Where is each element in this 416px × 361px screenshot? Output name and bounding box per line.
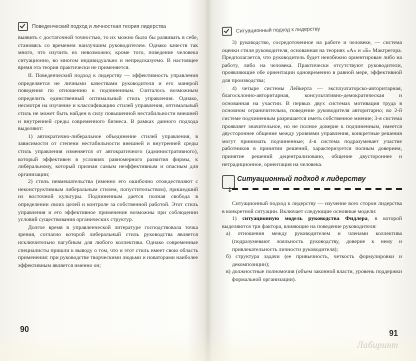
list-number: 1) [232, 216, 237, 222]
left-page: Поведенческий подход и личностная теория… [18, 0, 198, 361]
section-title: Ситуационный подход к лидерству [237, 176, 366, 184]
list-item: а) отношения между руководителем и члена… [222, 231, 402, 254]
running-head-text: Поведенческий подход и личностная теория… [32, 24, 166, 30]
bold-term: ситуационную модель руководства Фидлера [242, 216, 367, 222]
running-head-right: Ситуационный подход к лидерству [222, 24, 320, 36]
paragraph: II. Поведенческий подход к лидерству — э… [18, 73, 198, 134]
checkbox-icon [18, 22, 28, 31]
paragraph: 3) руководство, сосредоточенное на работ… [222, 40, 402, 86]
list-item: б) структура задачи (ее привычность, чет… [222, 254, 402, 269]
running-head-text: Ситуационный подход к лидерству [236, 26, 320, 34]
right-page: Ситуационный подход к лидерству 3) руков… [222, 0, 402, 361]
section-heading: Ситуационный подход к лидерству ↓ [222, 175, 402, 195]
watermark-logo: Лабиринт [357, 340, 398, 350]
right-body-text: 3) руководство, сосредоточенное на работ… [222, 40, 402, 285]
paragraph-fiedler: 1) ситуационную модель руководства Фидле… [222, 216, 402, 231]
left-body-text: выявить с достаточной точностью, то их м… [18, 35, 198, 270]
book-spread: Поведенческий подход и личностная теория… [0, 0, 416, 361]
list-item: в) должностные полномочия (объем законно… [222, 269, 402, 284]
paragraph: 4) четыре системы Лейкерта — эксплуатато… [222, 86, 402, 170]
checkbox-icon [222, 27, 232, 36]
paragraph: выявить с достаточной точностью, то их м… [18, 35, 198, 73]
dashed-divider [232, 188, 402, 190]
page-number-left: 90 [20, 325, 29, 334]
paragraph: Долгое время в управленческой литературе… [18, 225, 198, 271]
paragraph: 2) стиль невмешательства (именно его оши… [18, 179, 198, 225]
running-head-left: Поведенческий подход и личностная теория… [18, 22, 166, 31]
paragraph: 1) автократично-либеральное объединение … [18, 134, 198, 180]
paragraph: Ситуационный подход к лидерству — изучен… [222, 201, 402, 216]
page-number-right: 91 [389, 329, 398, 338]
